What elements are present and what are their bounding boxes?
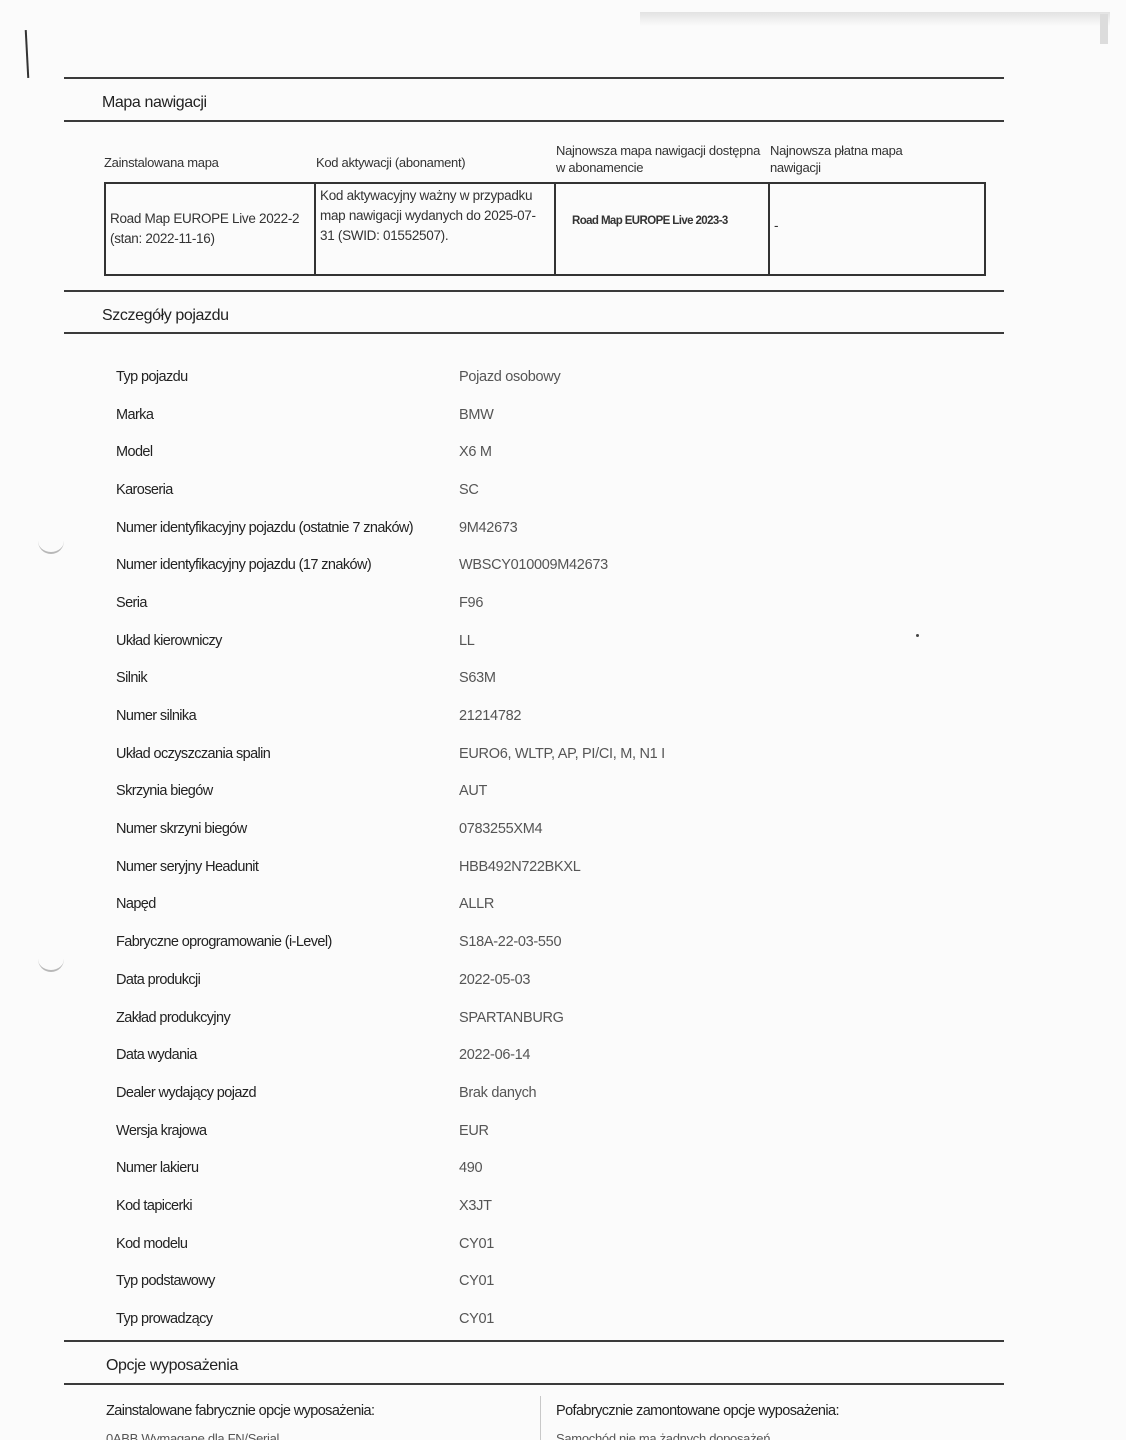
detail-value: CY01 bbox=[459, 1273, 494, 1289]
latest-paid-map-cell: - bbox=[770, 184, 984, 274]
detail-row: SeriaF96 bbox=[116, 584, 816, 622]
detail-value: EURO6, WLTP, AP, PI/CI, M, N1 I bbox=[459, 746, 665, 762]
detail-row: Układ kierowniczyLL bbox=[116, 622, 816, 660]
detail-row: Typ prowadzącyCY01 bbox=[116, 1300, 816, 1338]
detail-value: Brak danych bbox=[459, 1085, 536, 1101]
detail-label: Napęd bbox=[116, 896, 459, 912]
detail-value: 21214782 bbox=[459, 708, 521, 724]
detail-row: Zakład produkcyjnySPARTANBURG bbox=[116, 999, 816, 1037]
divider bbox=[64, 1383, 1004, 1385]
detail-label: Układ kierowniczy bbox=[116, 633, 459, 649]
detail-label: Układ oczyszczania spalin bbox=[116, 746, 459, 762]
divider bbox=[64, 290, 1004, 292]
detail-value: S63M bbox=[459, 670, 496, 686]
detail-value: SC bbox=[459, 482, 479, 498]
margin-pen-mark bbox=[25, 30, 30, 78]
detail-row: SilnikS63M bbox=[116, 660, 816, 698]
detail-value: CY01 bbox=[459, 1236, 494, 1252]
detail-label: Numer identyfikacyjny pojazdu (ostatnie … bbox=[116, 520, 459, 536]
detail-value: 2022-05-03 bbox=[459, 972, 530, 988]
activation-code-cell: Kod aktywacyjny ważny w przypadku map na… bbox=[316, 184, 556, 274]
detail-row: Typ pojazduPojazd osobowy bbox=[116, 358, 816, 396]
detail-label: Typ prowadzący bbox=[116, 1311, 459, 1327]
divider bbox=[64, 1340, 1004, 1342]
col-latest-subscription-map: Najnowsza mapa nawigacji dostępna w abon… bbox=[556, 142, 770, 176]
detail-label: Karoseria bbox=[116, 482, 459, 498]
detail-row: ModelX6 M bbox=[116, 433, 816, 471]
detail-label: Typ podstawowy bbox=[116, 1273, 459, 1289]
detail-label: Numer skrzyni biegów bbox=[116, 821, 459, 837]
col-latest-paid-map: Najnowsza płatna mapa nawigacji bbox=[770, 142, 958, 176]
detail-value: BMW bbox=[459, 407, 494, 423]
factory-options-title: Zainstalowane fabrycznie opcje wyposażen… bbox=[106, 1403, 374, 1419]
divider bbox=[64, 77, 1004, 79]
detail-row: Wersja krajowaEUR bbox=[116, 1112, 816, 1150]
detail-label: Dealer wydający pojazd bbox=[116, 1085, 459, 1101]
detail-label: Wersja krajowa bbox=[116, 1123, 459, 1139]
detail-row: Numer identyfikacyjny pojazdu (17 znaków… bbox=[116, 546, 816, 584]
detail-label: Typ pojazdu bbox=[116, 369, 459, 385]
detail-row: Typ podstawowyCY01 bbox=[116, 1263, 816, 1301]
detail-label: Seria bbox=[116, 595, 459, 611]
detail-row: Kod modeluCY01 bbox=[116, 1225, 816, 1263]
detail-value: X6 M bbox=[459, 444, 492, 460]
detail-value: 2022-06-14 bbox=[459, 1047, 530, 1063]
detail-row: KaroseriaSC bbox=[116, 471, 816, 509]
section-title-vehicle-details: Szczegóły pojazdu bbox=[102, 307, 229, 325]
detail-row: Skrzynia biegówAUT bbox=[116, 773, 816, 811]
divider bbox=[64, 120, 1004, 122]
detail-row: Numer silnika21214782 bbox=[116, 697, 816, 735]
detail-label: Silnik bbox=[116, 670, 459, 686]
detail-row: Data produkcji2022-05-03 bbox=[116, 961, 816, 999]
detail-value: X3JT bbox=[459, 1198, 492, 1214]
detail-row: Fabryczne oprogramowanie (i-Level)S18A-2… bbox=[116, 923, 816, 961]
detail-value: 0783255XM4 bbox=[459, 821, 542, 837]
detail-value: 9M42673 bbox=[459, 520, 517, 536]
detail-value: WBSCY010009M42673 bbox=[459, 557, 608, 573]
detail-label: Data produkcji bbox=[116, 972, 459, 988]
detail-row: Dealer wydający pojazdBrak danych bbox=[116, 1074, 816, 1112]
detail-label: Kod modelu bbox=[116, 1236, 459, 1252]
detail-row: MarkaBMW bbox=[116, 396, 816, 434]
detail-row: Data wydania2022-06-14 bbox=[116, 1036, 816, 1074]
latest-subscription-map-cell: Road Map EUROPE Live 2023-3 bbox=[556, 184, 770, 274]
detail-row: NapędALLR bbox=[116, 886, 816, 924]
detail-row: Numer identyfikacyjny pojazdu (ostatnie … bbox=[116, 509, 816, 547]
detail-label: Numer silnika bbox=[116, 708, 459, 724]
retrofit-options-title: Pofabrycznie zamontowane opcje wyposażen… bbox=[556, 1403, 839, 1419]
detail-label: Data wydania bbox=[116, 1047, 459, 1063]
detail-label: Numer lakieru bbox=[116, 1160, 459, 1176]
detail-label: Skrzynia biegów bbox=[116, 783, 459, 799]
detail-value: CY01 bbox=[459, 1311, 494, 1327]
detail-label: Fabryczne oprogramowanie (i-Level) bbox=[116, 934, 459, 950]
detail-value: ALLR bbox=[459, 896, 494, 912]
scan-shadow bbox=[640, 12, 1110, 26]
speck bbox=[916, 634, 919, 637]
detail-label: Numer identyfikacyjny pojazdu (17 znaków… bbox=[116, 557, 459, 573]
installed-map-cell: Road Map EUROPE Live 2022-2 (stan: 2022-… bbox=[106, 184, 316, 274]
col-activation-code: Kod aktywacji (abonament) bbox=[316, 142, 556, 176]
column-divider bbox=[540, 1396, 541, 1440]
detail-label: Zakład produkcyjny bbox=[116, 1010, 459, 1026]
detail-value: HBB492N722BKXL bbox=[459, 859, 581, 875]
nav-map-table: Road Map EUROPE Live 2022-2 (stan: 2022-… bbox=[104, 182, 986, 276]
detail-row: Układ oczyszczania spalinEURO6, WLTP, AP… bbox=[116, 735, 816, 773]
nav-map-table-header: Zainstalowana mapa Kod aktywacji (abonam… bbox=[104, 142, 958, 176]
detail-row: Numer lakieru490 bbox=[116, 1149, 816, 1187]
detail-value: 490 bbox=[459, 1160, 482, 1176]
punch-hole-mark bbox=[38, 540, 64, 554]
scan-edge bbox=[1100, 14, 1108, 44]
detail-row: Kod tapicerkiX3JT bbox=[116, 1187, 816, 1225]
divider bbox=[64, 332, 1004, 334]
col-installed-map: Zainstalowana mapa bbox=[104, 142, 316, 176]
section-title-navigation-map: Mapa nawigacji bbox=[102, 94, 207, 112]
detail-label: Marka bbox=[116, 407, 459, 423]
detail-value: Pojazd osobowy bbox=[459, 369, 560, 385]
detail-value: EUR bbox=[459, 1123, 489, 1139]
section-title-equipment-options: Opcje wyposażenia bbox=[106, 1357, 238, 1375]
detail-value: AUT bbox=[459, 783, 487, 799]
retrofit-options-first-line: Samochód nie ma żadnych doposażeń bbox=[556, 1432, 770, 1440]
detail-label: Kod tapicerki bbox=[116, 1198, 459, 1214]
detail-label: Numer seryjny Headunit bbox=[116, 859, 459, 875]
detail-value: LL bbox=[459, 633, 475, 649]
factory-options-first-line: 0ABB Wymagane dla FN/Serial bbox=[106, 1432, 279, 1440]
detail-value: S18A-22-03-550 bbox=[459, 934, 561, 950]
detail-value: SPARTANBURG bbox=[459, 1010, 564, 1026]
detail-value: F96 bbox=[459, 595, 483, 611]
punch-hole-mark bbox=[38, 958, 64, 972]
detail-label: Model bbox=[116, 444, 459, 460]
detail-row: Numer skrzyni biegów0783255XM4 bbox=[116, 810, 816, 848]
vehicle-details-list: Typ pojazduPojazd osobowyMarkaBMWModelX6… bbox=[116, 358, 816, 1338]
detail-row: Numer seryjny HeadunitHBB492N722BKXL bbox=[116, 848, 816, 886]
